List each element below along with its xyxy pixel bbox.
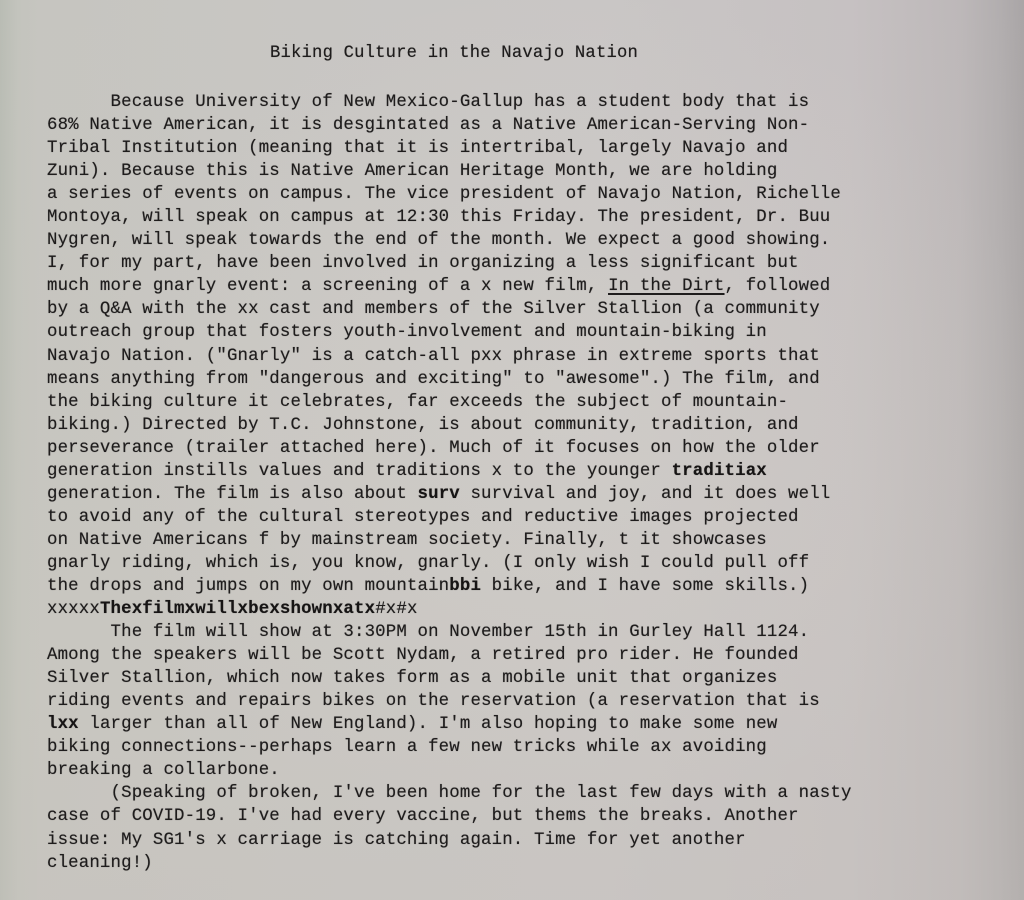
line-text: by a Q&A with the xx cast and members of… [47, 300, 820, 319]
text-line: Zuni). Because this is Native American H… [47, 160, 1007, 183]
line-text: Tribal Institution (meaning that it is i… [47, 139, 788, 158]
text-line: Tribal Institution (meaning that it is i… [47, 137, 1007, 160]
document-body: Because University of New Mexico-Gallup … [47, 91, 1007, 875]
line-text: the drops and jumps on my own mountain [47, 577, 449, 596]
text-line: (Speaking of broken, I've been home for … [47, 782, 1007, 805]
line-text: Silver Stallion, which now takes form as… [47, 669, 777, 688]
text-line: Nygren, will speak towards the end of th… [47, 229, 1007, 252]
line-text: biking.) Directed by T.C. Johnstone, is … [47, 416, 799, 435]
text-line: on Native Americans f by mainstream soci… [47, 529, 1007, 552]
text-line: to avoid any of the cultural stereotypes… [47, 506, 1007, 529]
line-text: biking connections--perhaps learn a few … [47, 738, 767, 757]
text-line: the biking culture it celebrates, far ex… [47, 391, 1007, 414]
text-line: gnarly riding, which is, you know, gnarl… [47, 552, 1007, 575]
text-line: Montoya, will speak on campus at 12:30 t… [47, 206, 1007, 229]
text-line: a series of events on campus. The vice p… [47, 183, 1007, 206]
line-text: 68% Native American, it is desgintated a… [47, 116, 809, 135]
line-text: case of COVID-19. I've had every vaccine… [47, 807, 799, 826]
line-text: cleaning!) [47, 854, 153, 873]
line-text: perseverance (trailer attached here). Mu… [47, 439, 820, 458]
text-line: Among the speakers will be Scott Nydam, … [47, 644, 1007, 667]
line-text: Zuni). Because this is Native American H… [47, 162, 777, 181]
text-line: riding events and repairs bikes on the r… [47, 690, 1007, 713]
text-line: case of COVID-19. I've had every vaccine… [47, 805, 1007, 828]
line-text: outreach group that fosters youth-involv… [47, 323, 767, 342]
text-line: means anything from "dangerous and excit… [47, 368, 1007, 391]
text-line: Because University of New Mexico-Gallup … [47, 91, 1007, 114]
struck-out-text: lxx [47, 715, 79, 734]
line-text: larger than all of New England). I'm als… [79, 715, 778, 734]
line-text: Among the speakers will be Scott Nydam, … [47, 646, 799, 665]
text-line: The film will show at 3:30PM on November… [47, 621, 1007, 644]
line-text: , followed [725, 277, 831, 296]
struck-out-text: surv [418, 485, 460, 504]
line-text: issue: My SG1's x carriage is catching a… [47, 831, 746, 850]
line-text: Montoya, will speak on campus at 12:30 t… [47, 208, 830, 227]
text-line: issue: My SG1's x carriage is catching a… [47, 829, 1007, 852]
line-text: xxxxx [47, 600, 100, 619]
text-line: breaking a collarbone. [47, 759, 1007, 782]
text-line: 68% Native American, it is desgintated a… [47, 114, 1007, 137]
line-text: Because University of New Mexico-Gallup … [47, 93, 809, 112]
line-text: generation instills values and tradition… [47, 462, 672, 481]
document-title: Biking Culture in the Navajo Nation [270, 44, 638, 63]
text-line: outreach group that fosters youth-involv… [47, 321, 1007, 344]
text-line: the drops and jumps on my own mountainbb… [47, 575, 1007, 598]
line-text: (Speaking of broken, I've been home for … [47, 784, 852, 803]
line-text: much more gnarly event: a screening of a… [47, 277, 608, 296]
text-line: Silver Stallion, which now takes form as… [47, 667, 1007, 690]
line-text: The film will show at 3:30PM on November… [47, 623, 809, 642]
line-text: #x#x [375, 600, 417, 619]
struck-out-text: bbi [449, 577, 481, 596]
line-text: to avoid any of the cultural stereotypes… [47, 508, 799, 527]
line-text: Navajo Nation. ("Gnarly" is a catch-all … [47, 347, 820, 366]
line-text: survival and joy, and it does well [460, 485, 831, 504]
text-line: by a Q&A with the xx cast and members of… [47, 298, 1007, 321]
line-text: the biking culture it celebrates, far ex… [47, 393, 788, 412]
line-text: a series of events on campus. The vice p… [47, 185, 841, 204]
struck-out-text: traditiax [672, 462, 767, 481]
text-line: biking.) Directed by T.C. Johnstone, is … [47, 414, 1007, 437]
text-line: generation. The film is also about surv … [47, 483, 1007, 506]
film-title-underlined: In the Dirt [608, 277, 724, 296]
text-line: cleaning!) [47, 852, 1007, 875]
line-text: generation. The film is also about [47, 485, 418, 504]
line-text: gnarly riding, which is, you know, gnarl… [47, 554, 809, 573]
text-line: perseverance (trailer attached here). Mu… [47, 437, 1007, 460]
text-line: much more gnarly event: a screening of a… [47, 275, 1007, 298]
struck-out-text: Thexfilmxwillxbexshownxatx [100, 600, 375, 619]
text-line: lxx larger than all of New England). I'm… [47, 713, 1007, 736]
text-line: Navajo Nation. ("Gnarly" is a catch-all … [47, 345, 1007, 368]
line-text: breaking a collarbone. [47, 761, 280, 780]
text-line: generation instills values and tradition… [47, 460, 1007, 483]
line-text: riding events and repairs bikes on the r… [47, 692, 820, 711]
line-text: bike, and I have some skills.) [481, 577, 809, 596]
line-text: I, for my part, have been involved in or… [47, 254, 799, 273]
text-line: I, for my part, have been involved in or… [47, 252, 1007, 275]
line-text: means anything from "dangerous and excit… [47, 370, 820, 389]
text-line: xxxxxThexfilmxwillxbexshownxatx#x#x [47, 598, 1007, 621]
line-text: Nygren, will speak towards the end of th… [47, 231, 830, 250]
text-line: biking connections--perhaps learn a few … [47, 736, 1007, 759]
line-text: on Native Americans f by mainstream soci… [47, 531, 767, 550]
